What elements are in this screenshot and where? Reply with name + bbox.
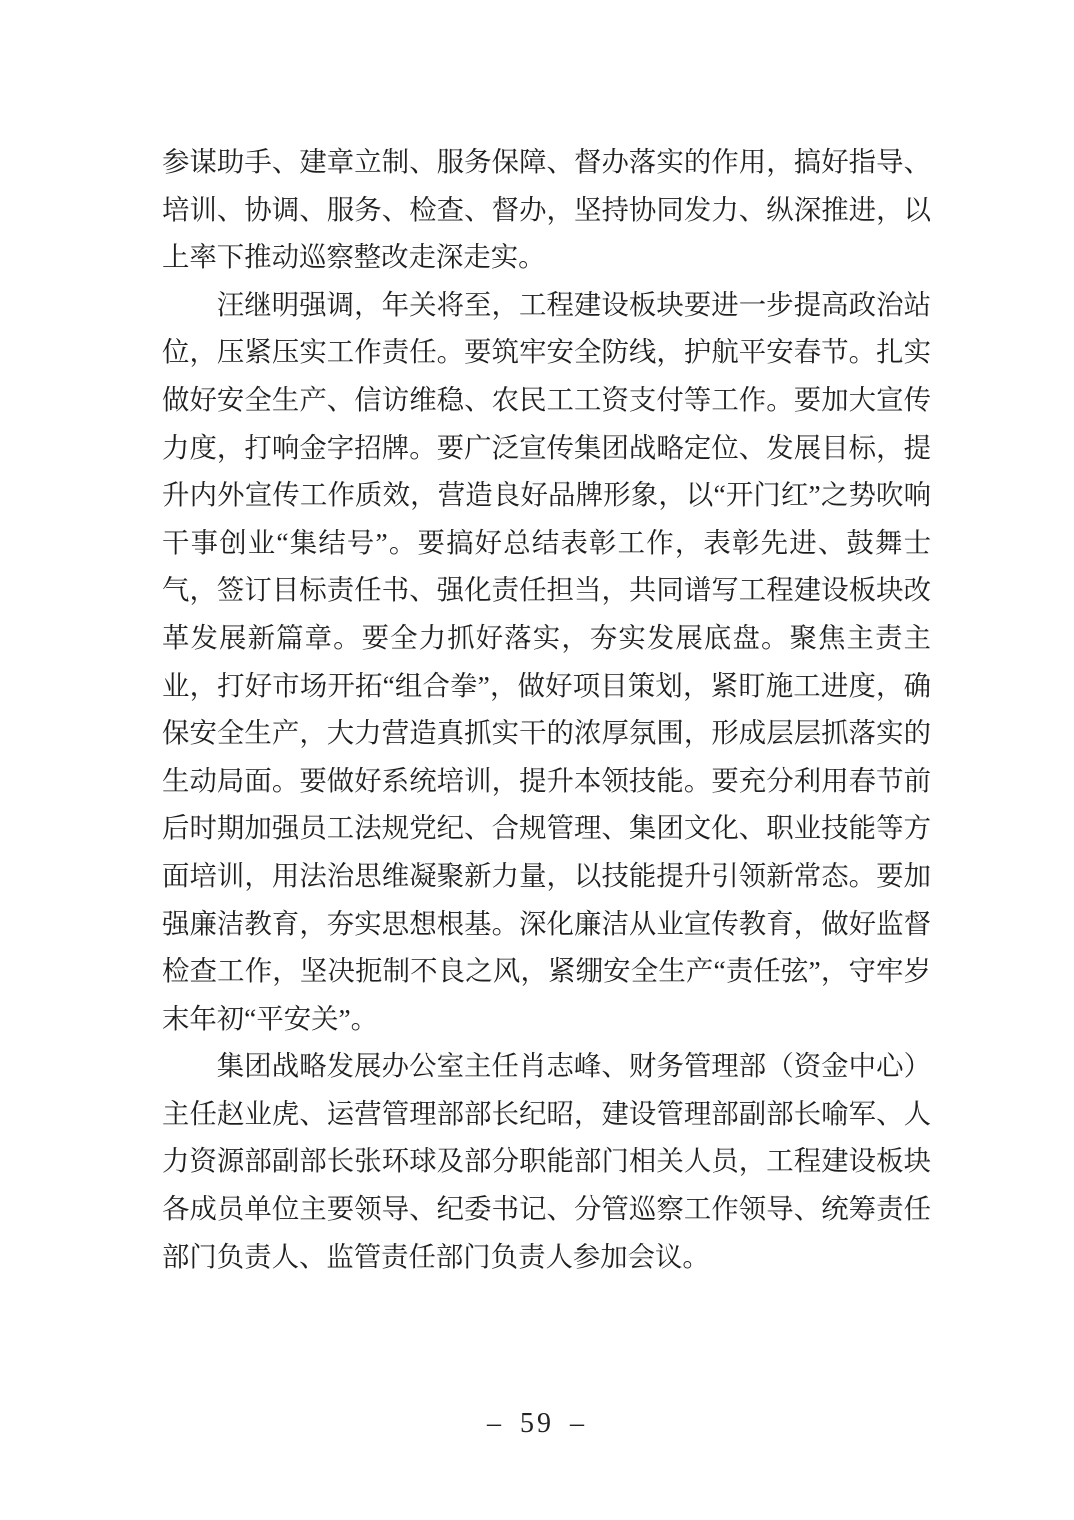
page-footer: – 59 – [0, 1408, 1074, 1448]
document-body: 参谋助手、建章立制、服务保障、督办落实的作用，搞好指导、培训、协调、服务、检查、… [162, 139, 931, 1281]
body-paragraph-3: 集团战略发展办公室主任肖志峰、财务管理部（资金中心）主任赵业虎、运营管理部部长纪… [162, 1043, 931, 1281]
body-paragraph-1: 参谋助手、建章立制、服务保障、督办落实的作用，搞好指导、培训、协调、服务、检查、… [162, 139, 931, 282]
page-number: – 59 – [487, 1408, 587, 1439]
body-paragraph-2: 汪继明强调，年关将至，工程建设板块要进一步提高政治站位，压紧压实工作责任。要筑牢… [162, 282, 931, 1044]
document-page: 参谋助手、建章立制、服务保障、督办落实的作用，搞好指导、培训、协调、服务、检查、… [0, 0, 1074, 1520]
